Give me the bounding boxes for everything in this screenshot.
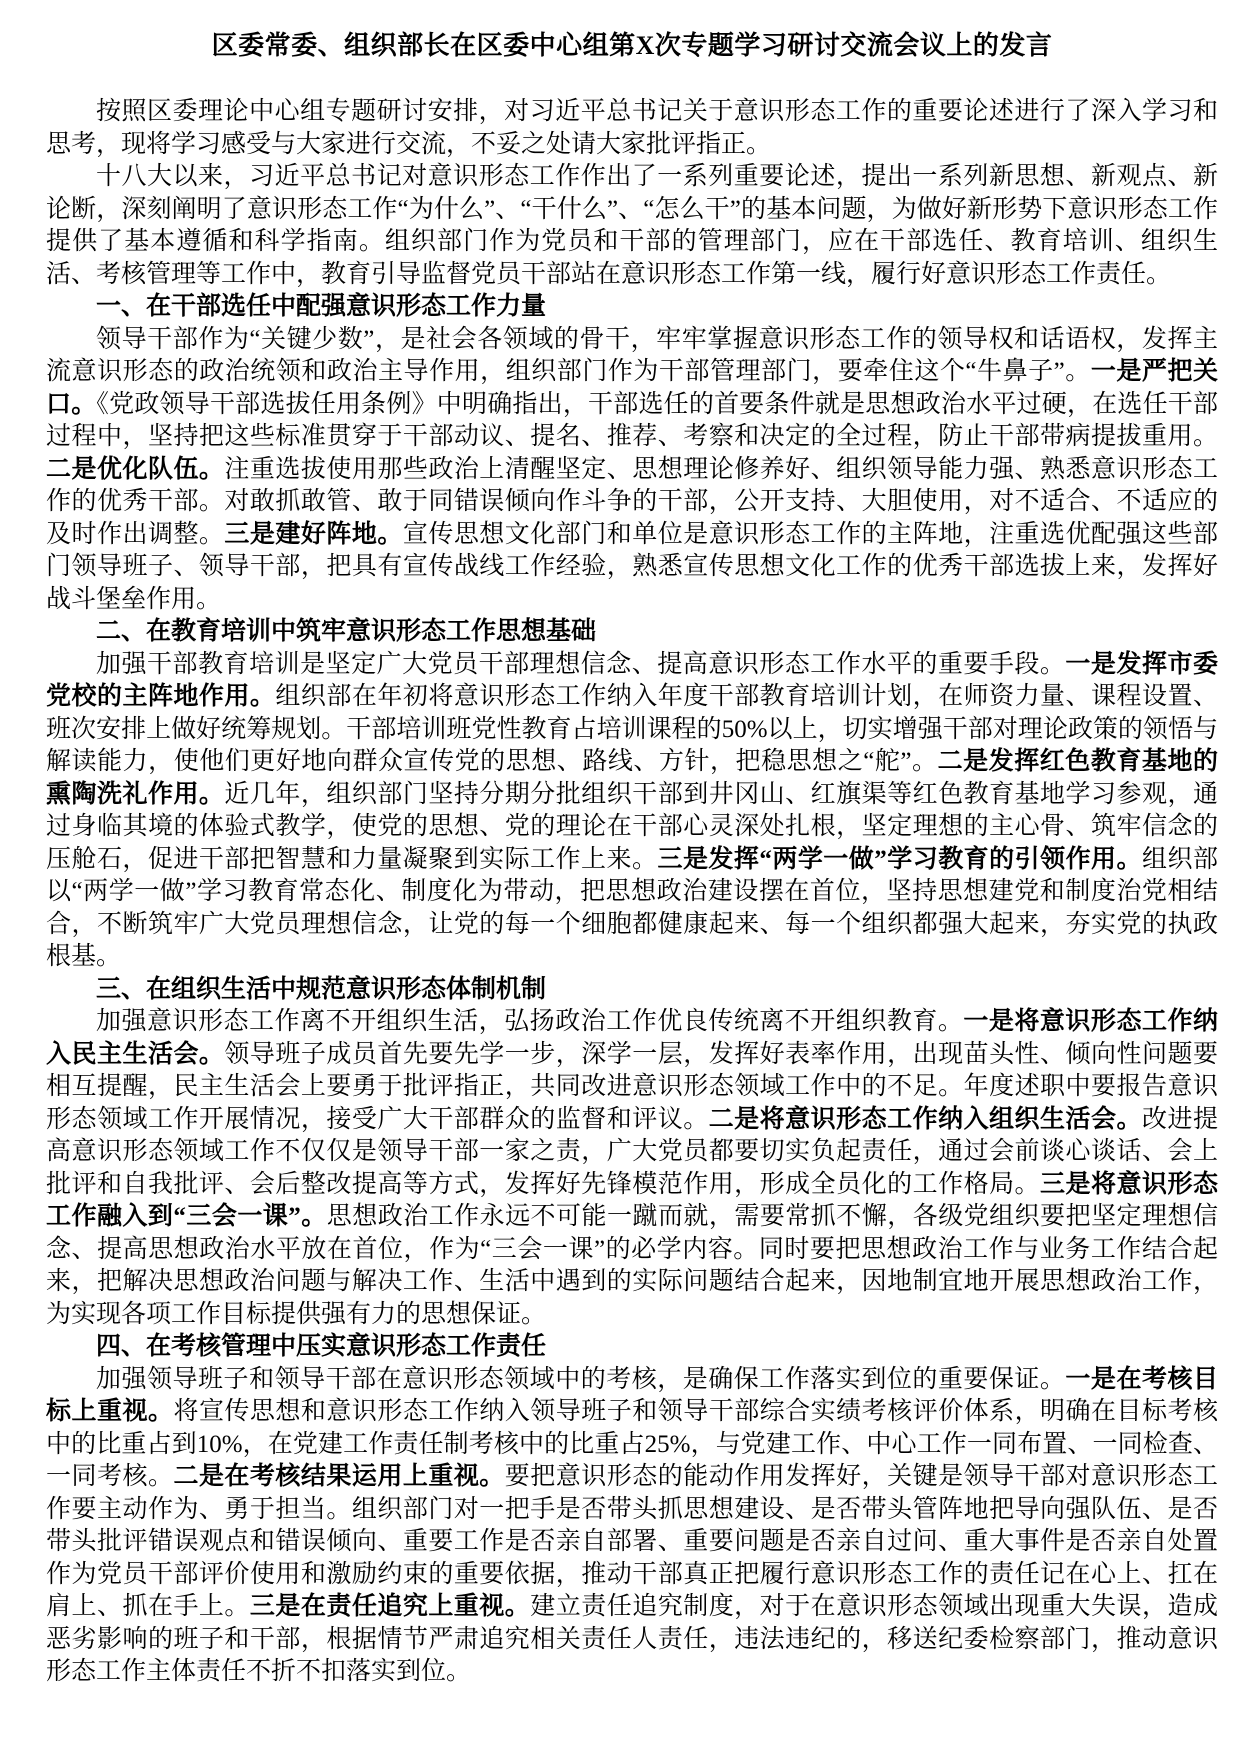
text-run: 十八大以来，习近平总书记对意识形态工作作出了一系列重要论述，提出一系列新思想、新… <box>46 163 1218 288</box>
bold-text-run: 二是将意识形态工作纳入组织生活会。 <box>709 1106 1142 1133</box>
document-page: 区委常委、组织部长在区委中心组第X次专题学习研讨交流会议上的发言 按照区委理论中… <box>0 0 1240 1754</box>
bold-text-run: 二是优化队伍。 <box>46 456 224 483</box>
body-paragraph: 领导干部作为“关键少数”，是社会各领域的骨干，牢牢掌握意识形态工作的领导权和话语… <box>46 324 1218 617</box>
bold-text-run: 二、在教育培训中筑牢意识形态工作思想基础 <box>96 618 596 645</box>
text-run: 领导干部作为“关键少数”，是社会各领域的骨干，牢牢掌握意识形态工作的领导权和话语… <box>46 326 1218 386</box>
body-paragraph: 按照区委理论中心组专题研讨安排，对习近平总书记关于意识形态工作的重要论述进行了深… <box>46 96 1218 161</box>
bold-text-run: 三、在组织生活中规范意识形态体制机制 <box>96 976 546 1003</box>
bold-text-run: 三是发挥“两学一做”学习教育的引领作用。 <box>657 846 1142 873</box>
text-run: 《党政领导干部选拔任用条例》中明确指出，干部选任的首要条件就是思想政治水平过硬，… <box>46 391 1218 451</box>
body-paragraph: 加强意识形态工作离不开组织生活，弘扬政治工作优良传统离不开组织教育。一是将意识形… <box>46 1006 1218 1331</box>
text-run: 按照区委理论中心组专题研讨安排，对习近平总书记关于意识形态工作的重要论述进行了深… <box>46 98 1218 158</box>
text-run: 加强意识形态工作离不开组织生活，弘扬政治工作优良传统离不开组织教育。 <box>96 1008 963 1035</box>
bold-text-run: 三是在责任追究上重视。 <box>250 1593 530 1620</box>
section-heading: 二、在教育培训中筑牢意识形态工作思想基础 <box>46 616 1218 649</box>
bold-text-run: 三是建好阵地。 <box>224 521 402 548</box>
document-body: 按照区委理论中心组专题研讨安排，对习近平总书记关于意识形态工作的重要论述进行了深… <box>46 96 1218 1689</box>
section-heading: 四、在考核管理中压实意识形态工作责任 <box>46 1331 1218 1364</box>
text-run: 加强干部教育培训是坚定广大党员干部理想信念、提高意识形态工作水平的重要手段。 <box>96 651 1065 678</box>
bold-text-run: 四、在考核管理中压实意识形态工作责任 <box>96 1333 546 1360</box>
bold-text-run: 二是在考核结果运用上重视。 <box>173 1463 504 1490</box>
text-run: 加强领导班子和领导干部在意识形态领域中的考核，是确保工作落实到位的重要保证。 <box>96 1366 1065 1393</box>
bold-text-run: 一、在干部选任中配强意识形态工作力量 <box>96 293 546 320</box>
body-paragraph: 加强干部教育培训是坚定广大党员干部理想信念、提高意识形态工作水平的重要手段。一是… <box>46 649 1218 974</box>
section-heading: 三、在组织生活中规范意识形态体制机制 <box>46 974 1218 1007</box>
section-heading: 一、在干部选任中配强意识形态工作力量 <box>46 291 1218 324</box>
document-title: 区委常委、组织部长在区委中心组第X次专题学习研讨交流会议上的发言 <box>46 28 1218 64</box>
body-paragraph: 十八大以来，习近平总书记对意识形态工作作出了一系列重要论述，提出一系列新思想、新… <box>46 161 1218 291</box>
body-paragraph: 加强领导班子和领导干部在意识形态领域中的考核，是确保工作落实到位的重要保证。一是… <box>46 1364 1218 1689</box>
